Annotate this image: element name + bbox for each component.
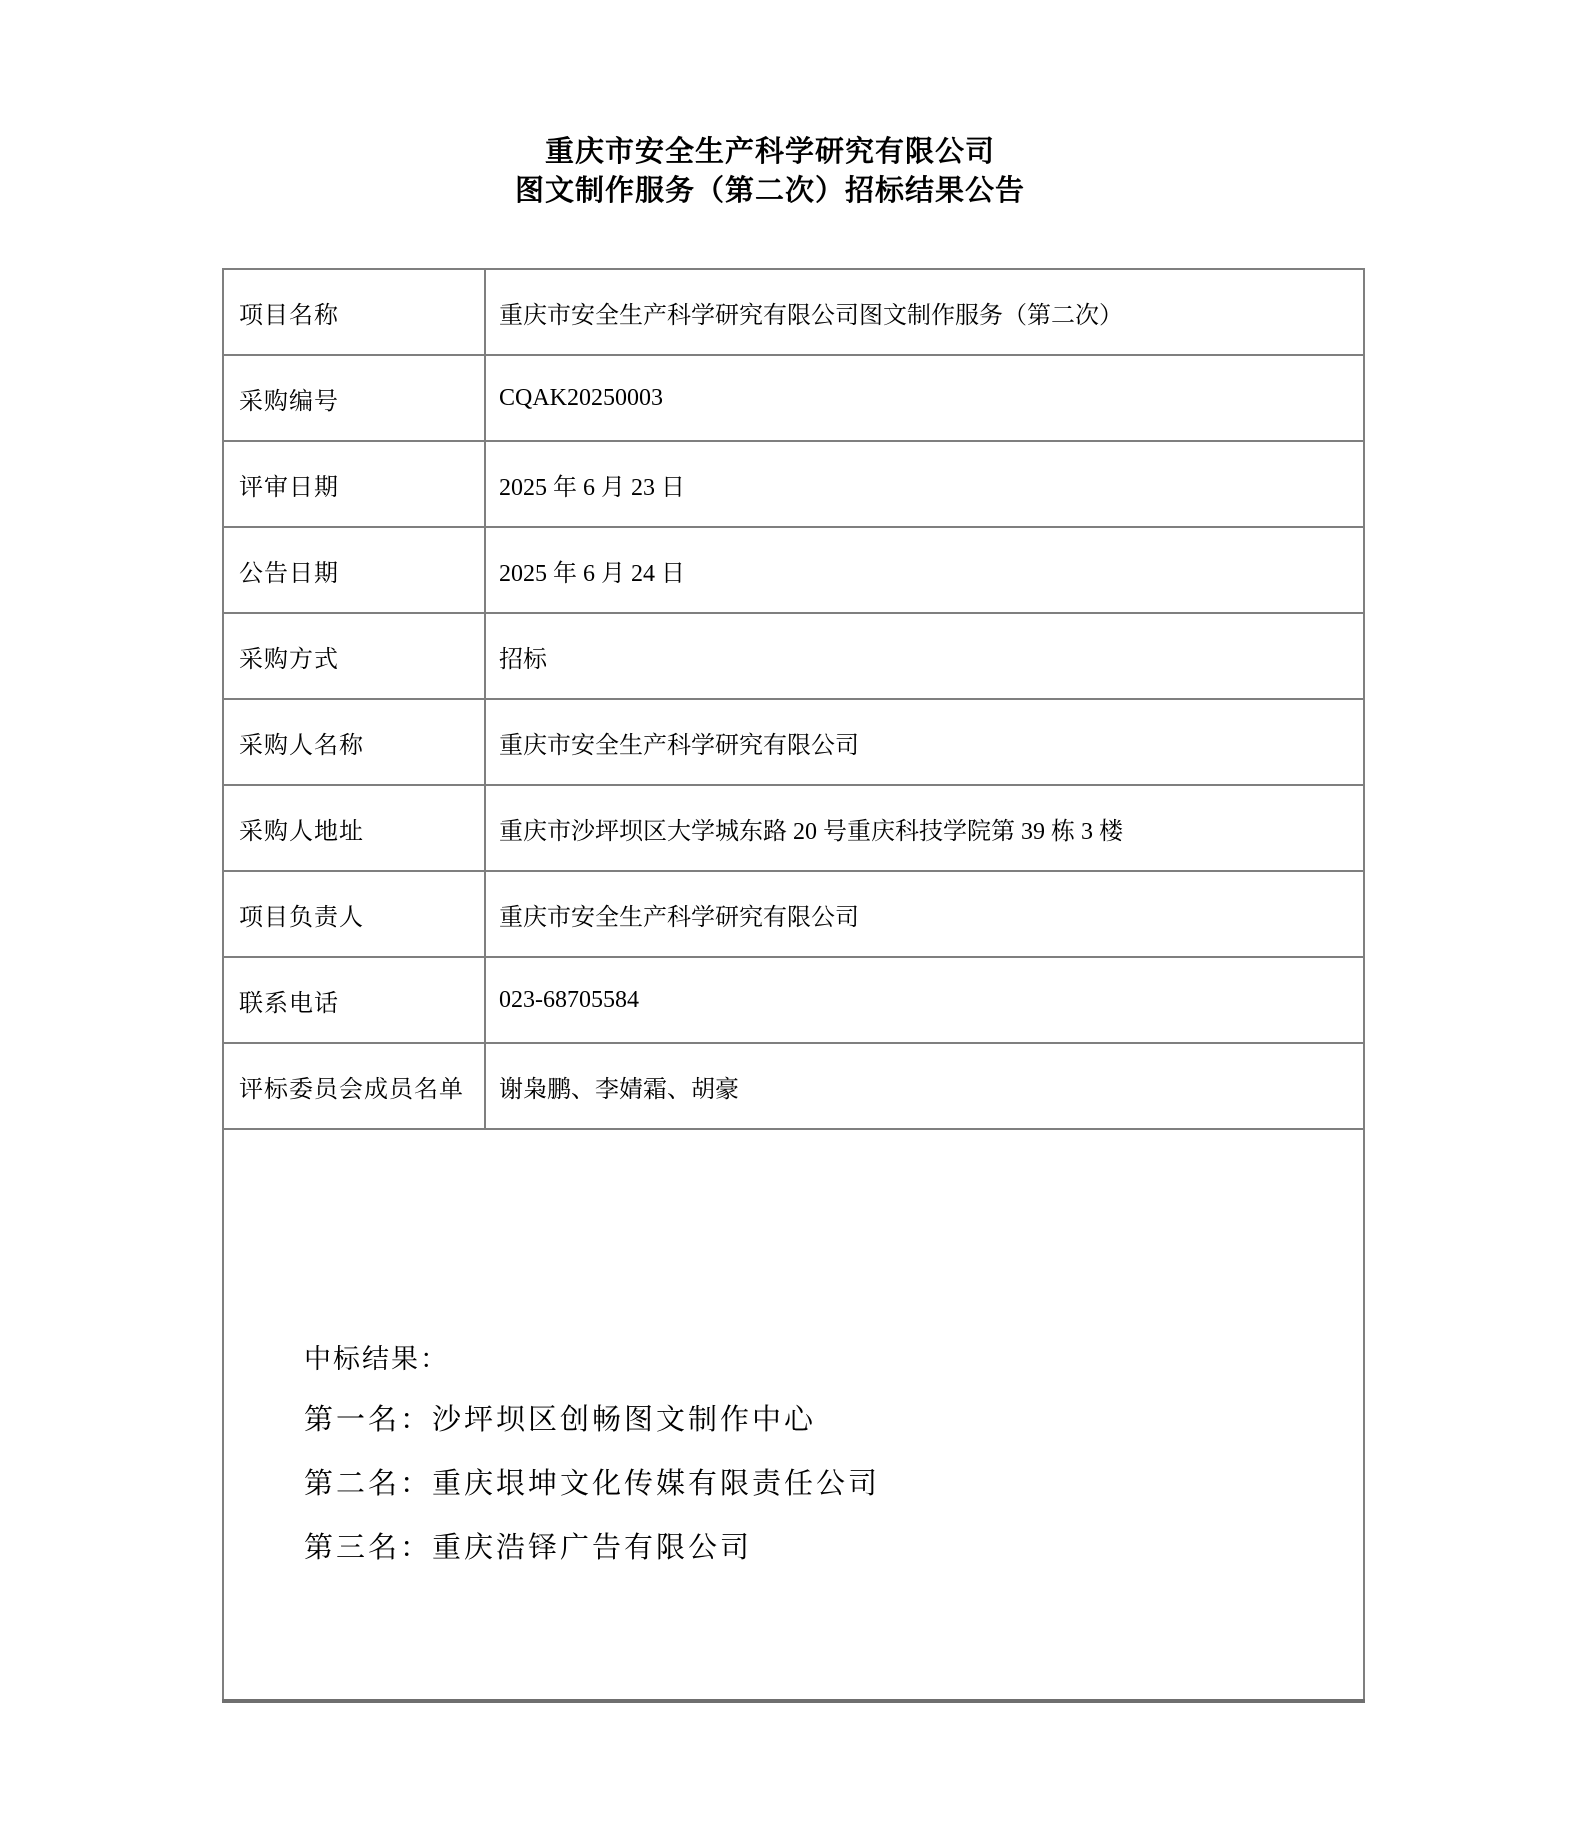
announcement-table: 项目名称 重庆市安全生产科学研究有限公司图文制作服务（第二次） 采购编号 CQA… [222, 268, 1365, 1703]
row-label: 采购人地址 [223, 785, 485, 871]
row-value: 招标 [485, 613, 1364, 699]
table-row: 项目名称 重庆市安全生产科学研究有限公司图文制作服务（第二次） [223, 269, 1364, 355]
row-value: CQAK20250003 [485, 355, 1364, 441]
table-row: 采购编号 CQAK20250003 [223, 355, 1364, 441]
result-row: 中标结果： 第一名：沙坪坝区创畅图文制作中心 第二名：重庆垠坤文化传媒有限责任公… [223, 1129, 1364, 1701]
row-label: 项目名称 [223, 269, 485, 355]
row-label: 评审日期 [223, 441, 485, 527]
table-row: 采购人名称 重庆市安全生产科学研究有限公司 [223, 699, 1364, 785]
table-row: 项目负责人 重庆市安全生产科学研究有限公司 [223, 871, 1364, 957]
result-heading: 中标结果： [304, 1337, 1323, 1376]
row-label: 公告日期 [223, 527, 485, 613]
table-row: 采购人地址 重庆市沙坪坝区大学城东路 20 号重庆科技学院第 39 栋 3 楼 [223, 785, 1364, 871]
document-title: 重庆市安全生产科学研究有限公司 图文制作服务（第二次）招标结果公告 [0, 133, 1540, 211]
row-value: 重庆市安全生产科学研究有限公司图文制作服务（第二次） [485, 269, 1364, 355]
row-value: 谢枭鹏、李婧霜、胡豪 [485, 1043, 1364, 1129]
row-label: 联系电话 [223, 957, 485, 1043]
row-label: 项目负责人 [223, 871, 485, 957]
ranking-line-2: 第二名：重庆垠坤文化传媒有限责任公司 [304, 1466, 1323, 1502]
table-row: 公告日期 2025 年 6 月 24 日 [223, 527, 1364, 613]
table-row: 评审日期 2025 年 6 月 23 日 [223, 441, 1364, 527]
row-value: 重庆市沙坪坝区大学城东路 20 号重庆科技学院第 39 栋 3 楼 [485, 785, 1364, 871]
row-label: 评标委员会成员名单 [223, 1043, 485, 1129]
row-value: 2025 年 6 月 24 日 [485, 527, 1364, 613]
row-value: 重庆市安全生产科学研究有限公司 [485, 871, 1364, 957]
table-row: 采购方式 招标 [223, 613, 1364, 699]
table-row: 评标委员会成员名单 谢枭鹏、李婧霜、胡豪 [223, 1043, 1364, 1129]
row-value: 2025 年 6 月 23 日 [485, 441, 1364, 527]
row-label: 采购编号 [223, 355, 485, 441]
page: 重庆市安全生产科学研究有限公司 图文制作服务（第二次）招标结果公告 项目名称 重… [0, 0, 1587, 1845]
title-line-2: 图文制作服务（第二次）招标结果公告 [0, 172, 1540, 211]
row-label: 采购方式 [223, 613, 485, 699]
row-value: 重庆市安全生产科学研究有限公司 [485, 699, 1364, 785]
row-value: 023-68705584 [485, 957, 1364, 1043]
title-line-1: 重庆市安全生产科学研究有限公司 [0, 133, 1540, 172]
ranking-line-3: 第三名：重庆浩铎广告有限公司 [304, 1530, 1323, 1566]
ranking-line-1: 第一名：沙坪坝区创畅图文制作中心 [304, 1402, 1323, 1438]
result-cell: 中标结果： 第一名：沙坪坝区创畅图文制作中心 第二名：重庆垠坤文化传媒有限责任公… [223, 1129, 1364, 1701]
row-label: 采购人名称 [223, 699, 485, 785]
table-row: 联系电话 023-68705584 [223, 957, 1364, 1043]
